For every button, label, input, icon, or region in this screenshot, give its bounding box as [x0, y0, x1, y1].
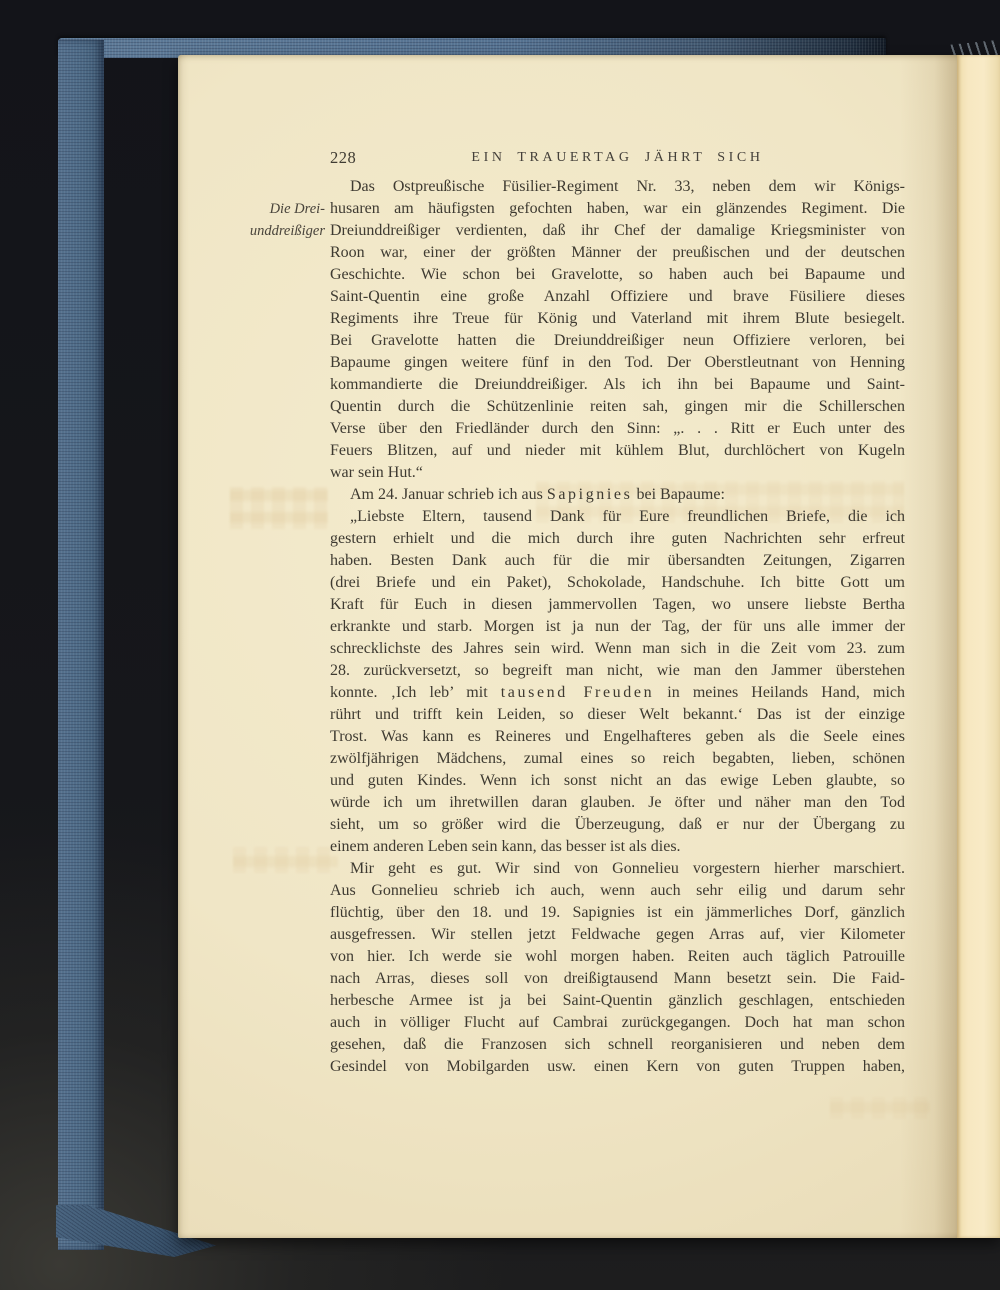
- body-text: Das Ostpreußische Füsilier-Regiment Nr. …: [330, 176, 905, 1078]
- text-line: haben. Besten Dank auch für die mir über…: [330, 550, 905, 572]
- text-line: Gesindel von Mobilgarden usw. einen Kern…: [330, 1056, 905, 1078]
- margin-note: Die Drei-unddreißiger: [200, 198, 325, 242]
- text-line: zwölfjährigen Mädchens, zumal eines so r…: [330, 748, 905, 770]
- text-line: schrecklichste des Jahres sein wird. Wen…: [330, 638, 905, 660]
- gutter-shadow: [900, 55, 962, 1238]
- text-line: Dreiunddreißiger verdienten, daß ihr Che…: [330, 220, 905, 242]
- text-line: ausgefressen. Wir stellen jetzt Feldwach…: [330, 924, 905, 946]
- text-line: von hier. Ich werde sie wohl morgen habe…: [330, 946, 905, 968]
- text-line: und guten Kindes. Wenn ich sonst nicht a…: [330, 770, 905, 792]
- text-line: „Liebste Eltern, tausend Dank für Eure f…: [330, 506, 905, 528]
- text-line: Geschichte. Wie schon bei Gravelotte, so…: [330, 264, 905, 286]
- running-head: EIN TRAUERTAG JÄHRT SICH: [330, 150, 905, 166]
- text-line: Mir geht es gut. Wir sind von Gonnelieu …: [330, 858, 905, 880]
- show-through-smudge: [233, 847, 338, 873]
- text-segment: bei Bapaume:: [632, 486, 724, 503]
- show-through-smudge: [830, 1097, 930, 1119]
- text-line: Trost. Was kann es Reineres und Engelhaf…: [330, 726, 905, 748]
- text-segment: konnte. ‚Ich leb’ mit: [330, 684, 501, 701]
- text-line: kommandierte die Dreiunddreißiger. Als i…: [330, 374, 905, 396]
- book-photo: 228 EIN TRAUERTAG JÄHRT SICH Die Drei-un…: [0, 0, 1000, 1290]
- text-line: Bapaume gingen weitere fünf in den Tod. …: [330, 352, 905, 374]
- text-line: auch in völliger Flucht auf Cambrai zurü…: [330, 1012, 905, 1034]
- letterspaced-text: Sapignies: [547, 486, 633, 503]
- text-segment: in meines Heilands Hand, mich: [654, 684, 905, 701]
- text-line: Feuers Blitzen, auf und nieder mit kühle…: [330, 440, 905, 462]
- text-line: war sein Hut.“: [330, 462, 905, 484]
- text-line: gesehen, daß die Franzosen sich schnell …: [330, 1034, 905, 1056]
- text-line: Roon war, einer der größten Männer der p…: [330, 242, 905, 264]
- page-header: 228 EIN TRAUERTAG JÄHRT SICH: [330, 148, 905, 170]
- book-page: 228 EIN TRAUERTAG JÄHRT SICH Die Drei-un…: [178, 55, 1000, 1238]
- page-edges-fan: [94, 53, 182, 1245]
- show-through-smudge: [230, 487, 328, 529]
- text-line: Kraft für Euch in diesen jammervollen Ta…: [330, 594, 905, 616]
- text-line: Aus Gonnelieu schrieb ich auch, wenn auc…: [330, 880, 905, 902]
- text-line: Quentin durch die Schützenlinie reiten s…: [330, 396, 905, 418]
- text-line: Das Ostpreußische Füsilier-Regiment Nr. …: [330, 176, 905, 198]
- margin-note-line: unddreißiger: [200, 220, 325, 242]
- letterspaced-text: tausend Freuden: [501, 684, 654, 701]
- text-line: Verse über den Friedländer durch den Sin…: [330, 418, 905, 440]
- facing-page-edge: [957, 55, 1000, 1238]
- text-line: sieht, um so größer wird die Überzeugung…: [330, 814, 905, 836]
- text-line: Saint-Quentin eine große Anzahl Offizier…: [330, 286, 905, 308]
- text-line: rührt und trifft kein Leiden, so dieser …: [330, 704, 905, 726]
- text-line: herbesche Armee ist ja bei Saint-Quentin…: [330, 990, 905, 1012]
- text-line: 28. zurückversetzt, so begreift man nich…: [330, 660, 905, 682]
- text-line: konnte. ‚Ich leb’ mit tausend Freuden in…: [330, 682, 905, 704]
- text-line: husaren am häufigsten gefochten haben, w…: [330, 198, 905, 220]
- text-line: Am 24. Januar schrieb ich aus Sapignies …: [330, 484, 905, 506]
- margin-note-line: Die Drei-: [200, 198, 325, 220]
- text-segment: Am 24. Januar schrieb ich aus: [350, 486, 547, 503]
- text-line: würde ich um ihretwillen daran glauben. …: [330, 792, 905, 814]
- text-line: Bei Gravelotte hatten die Dreiunddreißig…: [330, 330, 905, 352]
- text-line: einem anderen Leben sein kann, das besse…: [330, 836, 905, 858]
- text-line: Regiments ihre Treue für König und Vater…: [330, 308, 905, 330]
- text-line: erkrankte und starb. Morgen ist ja nun d…: [330, 616, 905, 638]
- text-line: (drei Briefe und ein Paket), Schokolade,…: [330, 572, 905, 594]
- text-line: gestern erhielt und die mich durch ihre …: [330, 528, 905, 550]
- text-line: flüchtig, über den 18. und 19. Sapignies…: [330, 902, 905, 924]
- text-line: nach Arras, dieses soll von dreißigtause…: [330, 968, 905, 990]
